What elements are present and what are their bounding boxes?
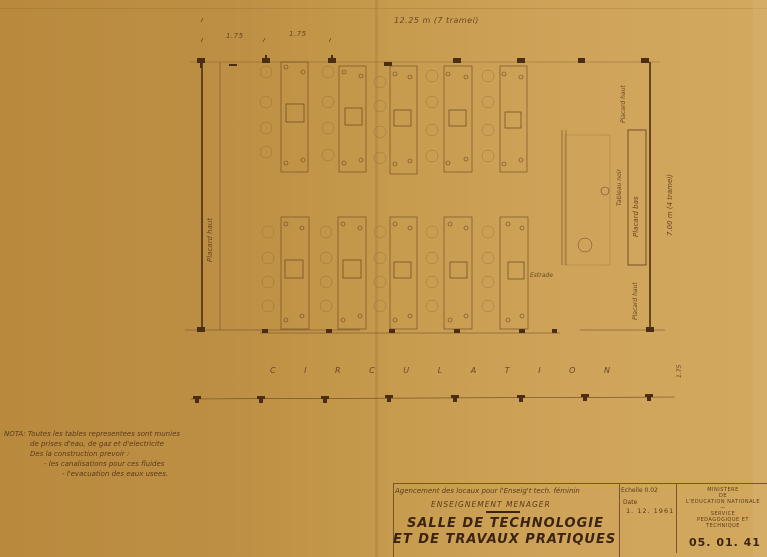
tram-dimension-1: 1.75 <box>226 32 244 40</box>
drawing-code: 05. 01. 41 <box>689 536 761 549</box>
tables-top-row <box>281 62 527 174</box>
circulation-letter: C <box>270 366 276 375</box>
agencement-text: Agencement des locaux pour l'Enseig't te… <box>395 487 580 495</box>
tram-dimension-2: 1.75 <box>289 30 307 38</box>
placard-bas-label: Placard bas <box>632 196 640 237</box>
nota-line: NOTA: Toutes les tables representees son… <box>4 429 180 439</box>
ministere-block: MINISTERE DE L'EDUCATION NATIONALE — SER… <box>683 487 763 529</box>
nota-line: - les canalisations pour ces fluides <box>4 459 180 469</box>
stools-bottom-row <box>262 226 494 312</box>
circulation-letter: L <box>438 366 442 375</box>
nota-line: - l'evacuation des eaux usees. <box>4 469 180 479</box>
date-label: Date <box>623 499 637 506</box>
nota-line: de prises d'eau, de gaz et d'electricite <box>4 439 180 449</box>
ministere-line: PEDAGOGIQUE ET TECHNIQUE <box>683 517 763 529</box>
circulation-letter: R <box>335 366 341 375</box>
circulation-letter: O <box>569 366 575 375</box>
date-value: 1. 12. 1961 <box>626 507 674 515</box>
total-depth-dimension: 7.00 m (4 tramei) <box>666 174 674 236</box>
stools-top-row <box>260 66 494 164</box>
tables-bottom-row <box>281 217 528 329</box>
nota-block: NOTA: Toutes les tables representees son… <box>4 429 180 479</box>
scale-text: Echelle 0.02 <box>621 487 658 494</box>
placard-haut-right-bottom-label: Placard haut <box>632 282 639 320</box>
circulation-letter: I <box>304 366 306 375</box>
circulation-letter: A <box>471 366 476 375</box>
drawing-title-line1: SALLE DE TECHNOLOGIE <box>407 516 604 531</box>
circulation-label: C I R C U L A T I O N <box>270 366 610 375</box>
circulation-pillars <box>193 394 653 403</box>
top-dimension-ticks <box>201 18 331 42</box>
circulation-letter: U <box>403 366 409 375</box>
title-block-divider <box>676 483 677 553</box>
circulation-letter: T <box>505 366 510 375</box>
title-block: Agencement des locaux pour l'Enseig't te… <box>393 483 767 557</box>
estrade-label: Estrade <box>530 272 553 279</box>
placard-haut-right-top-label: Placard haut <box>620 85 627 123</box>
fixtures-top-row <box>284 65 523 166</box>
underline <box>486 511 520 513</box>
title-block-border <box>393 483 767 484</box>
total-width-dimension: 12.25 m (7 tramei) <box>394 16 479 25</box>
circulation-letter: C <box>369 366 375 375</box>
drawing-title-line2: ET DE TRAVAUX PRATIQUES <box>393 532 616 547</box>
circulation-letter: N <box>604 366 610 375</box>
placard-haut-left-label: Placard haut <box>206 218 214 262</box>
nota-line: Des la construction prevoir : <box>4 449 180 459</box>
enseignement-text: ENSEIGNEMENT MENAGER <box>431 500 551 509</box>
tableau-noir-label: Tableau noir <box>616 169 623 206</box>
circulation-depth-dimension: 1.75 <box>676 365 683 378</box>
circulation-letter: I <box>538 366 540 375</box>
title-block-divider <box>619 483 620 557</box>
